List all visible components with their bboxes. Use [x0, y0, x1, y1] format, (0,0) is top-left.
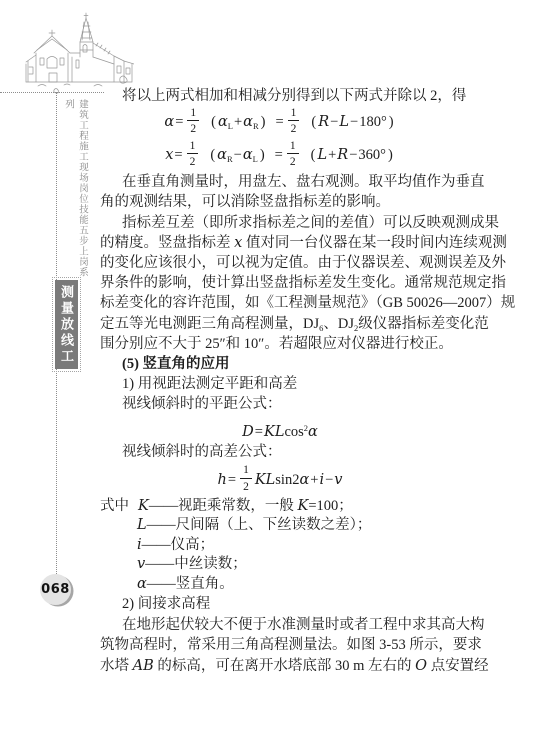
fraction: 12 — [187, 107, 199, 136]
fraction: 12 — [287, 140, 299, 169]
paragraph-line: 界条件的影响，使计算出竖盘指标差发生变化。通常规范规定指 — [100, 273, 512, 293]
symbol-definition: i——仪高； — [100, 536, 512, 556]
paragraph-line: 视线倾斜时的高差公式： — [100, 442, 512, 462]
main-text-column: 将以上两式相加和相减分别得到以下两式并除以 2，得 α=12(αL+αR)=12… — [100, 86, 512, 676]
section-heading: (5) 竖直角的应用 — [100, 354, 512, 374]
subsection-heading: 2) 间接求高程 — [100, 594, 512, 615]
paragraph-line: 的变化应该很小，可以视为定值。由于仪器误差、观测误差及外 — [100, 253, 512, 273]
paragraph-line: 水塔 AB 的标高，可在离开水塔底部 30 m 左右的 O 点安置经 — [100, 656, 512, 677]
where-label: 式中 — [100, 498, 129, 514]
fraction: 12 — [187, 140, 199, 169]
fraction: 12 — [240, 464, 252, 493]
symbol-definition: v——中丝读数； — [100, 555, 512, 575]
page-number-badge: 068 — [40, 574, 71, 605]
formula-index-error: x=12(αR−αL)=12(L+R−360°) — [100, 139, 512, 172]
paragraph-line: 的精度。竖盘指标差 x 值对同一台仪器在某一段时间内连续观测 — [100, 233, 512, 253]
paragraph-line: 角的观测结果，可以消除竖盘指标差的影响。 — [100, 192, 512, 212]
paragraph-line: 将以上两式相加和相减分别得到以下两式并除以 2，得 — [100, 86, 512, 106]
building-sketch-icon — [24, 12, 134, 94]
closing-paragraphs: 2) 间接求高程 在地形起伏较大不便于水准测量时或者工程中求其高大构 筑物高程时… — [100, 594, 512, 676]
symbol-definition: 式中K——视距乘常数，一般 K=100； — [100, 497, 512, 517]
formula-horizontal-distance: D=KLcos2α — [100, 414, 512, 442]
subsection-heading: 1) 用视距法测定平距和高差 — [100, 374, 512, 394]
symbol-definition: L——尺间隔（上、下丝读数之差）； — [100, 516, 512, 536]
paragraph-line: 视线倾斜时的平距公式： — [100, 394, 512, 414]
formula-height-difference: h=12KLsin2α+i−v — [100, 463, 512, 497]
paragraph-line: 围分别应不大于 25″和 10″。若超限应对仪器进行校正。 — [100, 334, 512, 354]
symbol-definition: α——竖直角。 — [100, 575, 512, 595]
paragraph-line: 定五等光电测距三角高程测量，DJ6、DJ2级仪器指标差变化范 — [100, 314, 512, 334]
sidebar-book-title: 测量放线工 — [57, 285, 76, 365]
paragraph-line: 标差变化的容许范围，如《工程测量规范》（GB 50026—2007）规 — [100, 293, 512, 313]
paragraph-line: 在地形起伏较大不便于水准测量时或者工程中求其高大构 — [100, 615, 512, 636]
fraction: 12 — [288, 107, 300, 136]
paragraph-line: 在垂直角测量时，用盘左、盘右观测。取平均值作为垂直 — [100, 172, 512, 192]
paragraph-line: 筑物高程时，常采用三角高程测量法。如图 3-53 所示，要求 — [100, 635, 512, 656]
horizontal-dotted-rule — [0, 92, 104, 93]
paragraph-line: 指标差互差（即所求指标差之间的差值）可以反映观测成果 — [100, 213, 512, 233]
book-page: 建筑工程施工现场岗位技能五步上岗系列 测量放线工 068 将以上两式相加和相减分… — [0, 0, 555, 750]
sidebar-series-title: 建筑工程施工现场岗位技能五步上岗系列 — [61, 99, 89, 285]
formula-vertical-angle: α=12(αL+αR)=12(R−L−180°) — [100, 106, 512, 139]
sidebar-book-title-box: 测量放线工 — [55, 280, 78, 369]
